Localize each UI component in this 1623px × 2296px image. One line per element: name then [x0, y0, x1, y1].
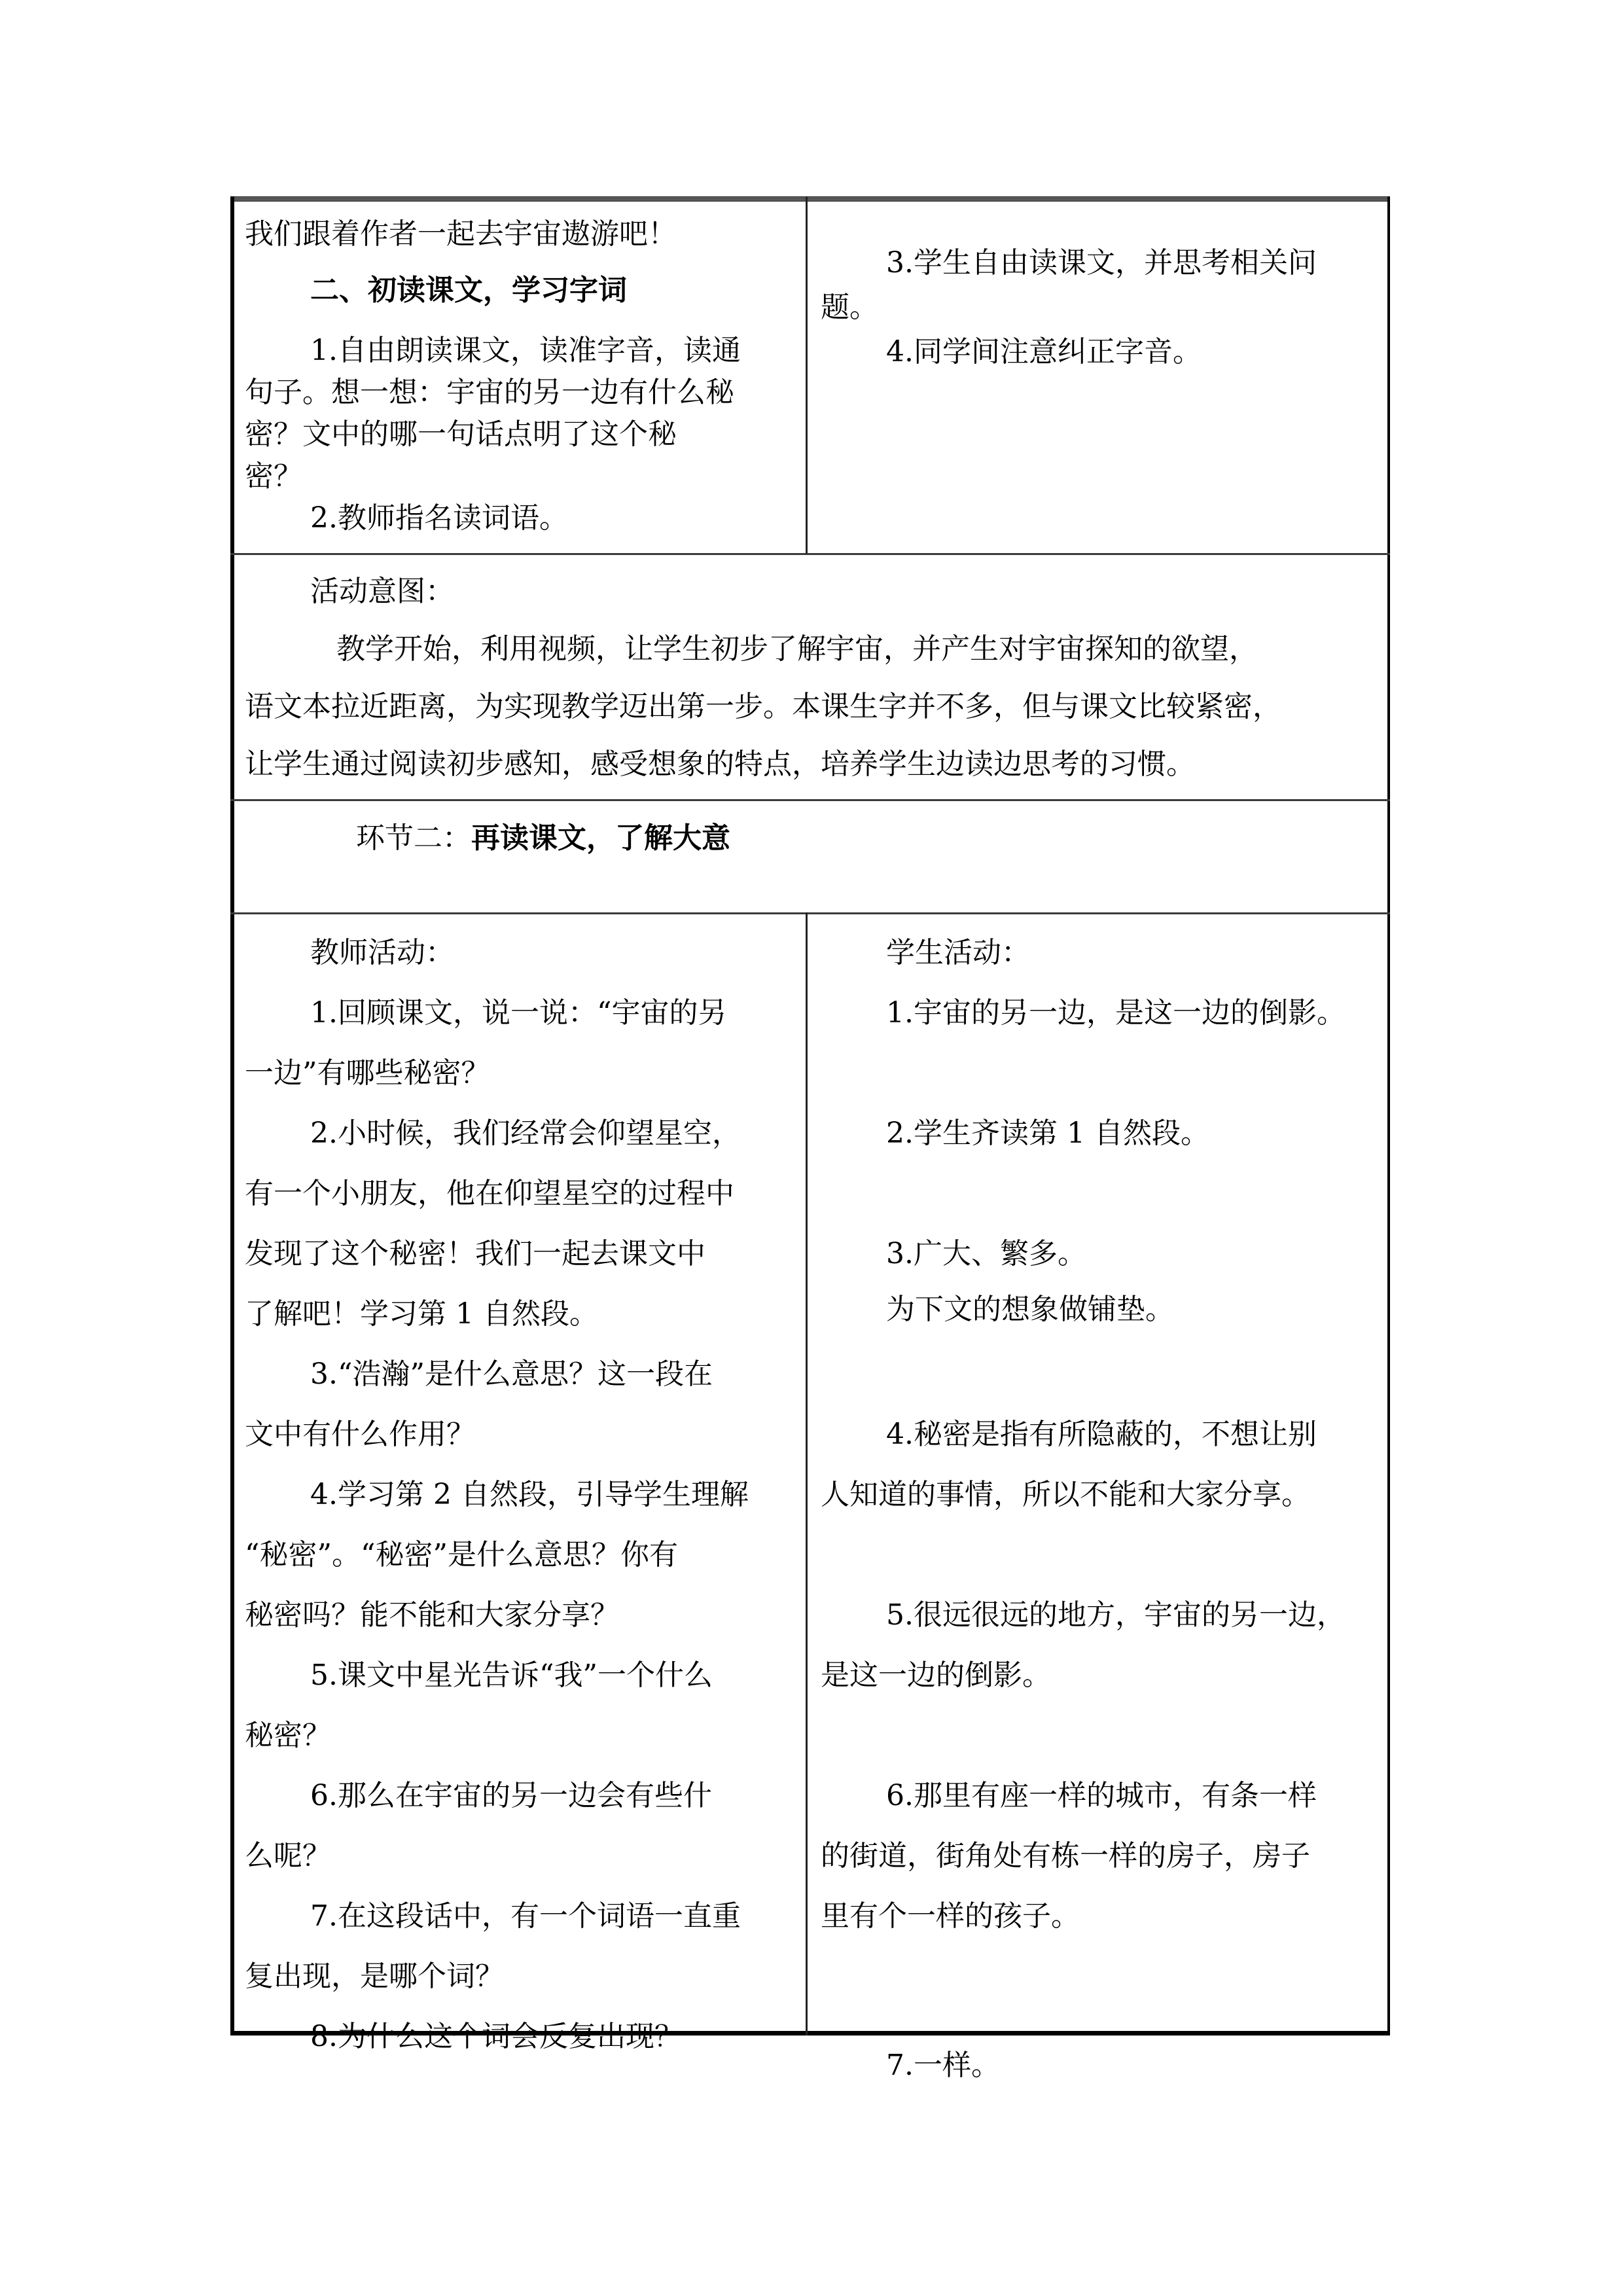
activity-intent-text: 语文本拉近距离，为实现教学迈出第一步。本课生字并不多，但与课文比较紧密， — [245, 678, 1383, 736]
student-answer-cont: 人知道的事情，所以不能和大家分享。 — [821, 1465, 1383, 1525]
student-item-cont: 题。 — [821, 287, 1383, 329]
activity-intent-text: 让学生通过阅读初步感知，感受想象的特点，培养学生边读边思考的习惯。 — [245, 736, 1383, 793]
student-answer-cont: 里有个一样的孩子。 — [821, 1886, 1383, 1946]
student-answer: 4.秘密是指有所隐蔽的，不想让别 — [821, 1405, 1383, 1465]
section-heading: 二、初读课文，学习字词 — [245, 266, 808, 315]
teacher-line: 复出现，是哪个词？ — [245, 1946, 808, 2007]
student-answer: 5.很远很远的地方，宇宙的另一边， — [821, 1585, 1383, 1645]
student-activity-label: 学生活动： — [821, 923, 1383, 983]
student-answer-note: 为下文的想象做铺垫。 — [821, 1284, 1383, 1335]
row-divider — [230, 912, 1390, 914]
step-item: 2.教师指名读词语。 — [245, 497, 808, 539]
teacher-activity-label: 教师活动： — [245, 923, 808, 983]
step-two-heading: 环节二：再读课文，了解大意 — [245, 808, 1383, 869]
activity-intent-text: 教学开始，利用视频，让学生初步了解宇宙，并产生对宇宙探知的欲望， — [245, 620, 1383, 678]
teacher-line: 么呢？ — [245, 1826, 808, 1886]
document-page: 我们跟着作者一起去宇宙遨游吧！ 二、初读课文，学习字词 1.自由朗读课文，读准字… — [0, 0, 1623, 2296]
teacher-line: 了解吧！学习第 1 自然段。 — [245, 1284, 808, 1344]
teacher-line: 6.那么在宇宙的另一边会有些什 — [245, 1766, 808, 1826]
activity-intent-cell: 活动意图： 教学开始，利用视频，让学生初步了解宇宙，并产生对宇宙探知的欲望， 语… — [245, 563, 1383, 793]
step-two-heading-cell: 环节二：再读课文，了解大意 — [245, 808, 1383, 869]
teacher-line: 1.回顾课文，说一说：“宇宙的另 — [245, 983, 808, 1043]
lesson-plan-table: 我们跟着作者一起去宇宙遨游吧！ 二、初读课文，学习字词 1.自由朗读课文，读准字… — [230, 196, 1390, 2036]
teacher-line: 一边”有哪些秘密？ — [245, 1043, 808, 1103]
teacher-line: 有一个小朋友，他在仰望星空的过程中 — [245, 1164, 808, 1224]
row-divider — [230, 799, 1390, 801]
table-top-border — [230, 196, 1390, 202]
student-answer-cont: 的街道，街角处有栋一样的房子，房子 — [821, 1826, 1383, 1886]
student-answer: 1.宇宙的另一边，是这一边的倒影。 — [821, 983, 1383, 1043]
teacher-line: 秘密？ — [245, 1706, 808, 1766]
intro-line: 我们跟着作者一起去宇宙遨游吧！ — [245, 209, 808, 259]
table-left-border — [230, 196, 234, 2036]
teacher-line: 秘密吗？能不能和大家分享？ — [245, 1585, 808, 1645]
teacher-line: 4.学习第 2 自然段，引导学生理解 — [245, 1465, 808, 1525]
step-item: 1.自由朗读课文，读准字音，读通 — [245, 330, 808, 372]
student-item: 4.同学间注意纠正字音。 — [821, 331, 1383, 373]
student-answer: 2.学生齐读第 1 自然段。 — [821, 1103, 1383, 1164]
teacher-line: 2.小时候，我们经常会仰望星空， — [245, 1103, 808, 1164]
teacher-line: 3.“浩瀚”是什么意思？这一段在 — [245, 1344, 808, 1405]
student-answer: 6.那里有座一样的城市，有条一样 — [821, 1766, 1383, 1826]
teacher-line: “秘密”。“秘密”是什么意思？你有 — [245, 1525, 808, 1585]
table-right-border — [1387, 196, 1390, 2036]
student-answer: 7.一样。 — [821, 2036, 1383, 2096]
teacher-line: 发现了这个秘密！我们一起去课文中 — [245, 1224, 808, 1284]
reading-steps-teacher-cell: 我们跟着作者一起去宇宙遨游吧！ 二、初读课文，学习字词 1.自由朗读课文，读准字… — [245, 209, 808, 539]
student-activity-cell: 学生活动： 1.宇宙的另一边，是这一边的倒影。 2.学生齐读第 1 自然段。 3… — [821, 923, 1383, 2096]
teacher-line: 8.为什么这个词会反复出现？ — [245, 2007, 808, 2067]
teacher-activity-cell: 教师活动： 1.回顾课文，说一说：“宇宙的另 一边”有哪些秘密？ 2.小时候，我… — [245, 923, 808, 2067]
teacher-line: 文中有什么作用？ — [245, 1405, 808, 1465]
step-two-prefix: 环节二： — [356, 821, 471, 855]
student-answer: 3.广大、繁多。 — [821, 1224, 1383, 1284]
step-item-cont: 密？文中的哪一句话点明了这个秘 — [245, 414, 808, 456]
student-answer-cont: 是这一边的倒影。 — [821, 1645, 1383, 1706]
step-item-cont: 密？ — [245, 456, 808, 497]
student-item: 3.学生自由读课文，并思考相关问 — [821, 242, 1383, 284]
reading-steps-student-cell: 3.学生自由读课文，并思考相关问 题。 4.同学间注意纠正字音。 — [821, 242, 1383, 373]
row-divider — [230, 553, 1390, 555]
step-two-title: 再读课文，了解大意 — [471, 821, 730, 855]
step-item-cont: 句子。想一想：宇宙的另一边有什么秘 — [245, 372, 808, 414]
teacher-line: 7.在这段话中，有一个词语一直重 — [245, 1886, 808, 1946]
activity-intent-label: 活动意图： — [245, 563, 1383, 620]
teacher-line: 5.课文中星光告诉“我”一个什么 — [245, 1645, 808, 1706]
